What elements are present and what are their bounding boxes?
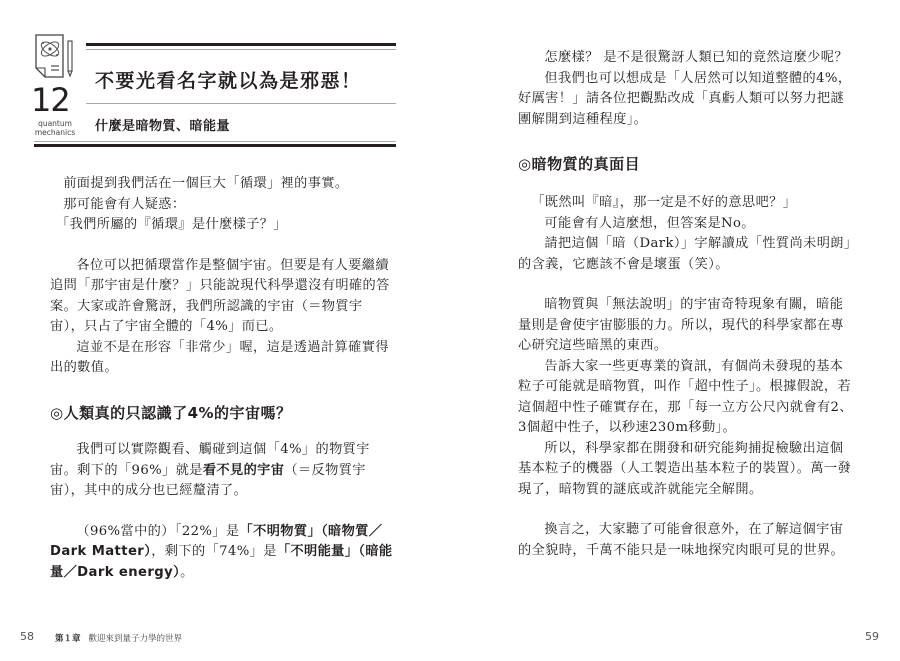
section1-text: 我們可以實際觀看、觸碰到這個「4%」的物質宇宙。剩下的「96%」就是看不見的宇宙…	[50, 440, 395, 583]
section-heading-4-percent: ◎人類真的只認識了4%的宇宙嗎？	[50, 402, 292, 423]
page-number-left: 58	[20, 630, 34, 643]
right-intro-text: 怎麼樣？ 是不是很驚訝人類已知的竟然這麼少呢？ 但我們也可以想成是「人居然可以知…	[518, 48, 853, 130]
section2-text: 「既然叫『暗』，那一定是不好的意思吧？」 可能會有人這麼想，但答案是No。 請把…	[518, 193, 853, 561]
chapter-tagline: quantum mechanics	[30, 119, 80, 137]
section-heading-dark-matter: ◎暗物質的真面目	[518, 153, 640, 174]
title-rule-top	[86, 43, 396, 46]
page-title: 不要光看名字就以為是邪惡！	[95, 66, 362, 93]
intro-text: 前面提到我們活在一個巨大「循環」裡的事實。 那可能會有人疑惑： 「我們所屬的『循…	[50, 174, 395, 379]
atom-notebook-pencil-icon	[33, 33, 77, 85]
running-footer: 第１章歡迎來到量子力學的世界	[55, 632, 182, 644]
header-rule-bottom-thin	[34, 141, 396, 142]
chapter-number: 12	[31, 84, 70, 116]
page-subtitle: 什麼是暗物質、暗能量	[95, 115, 230, 134]
title-rule-middle	[86, 103, 396, 104]
left-page: 12 quantum mechanics 不要光看名字就以為是邪惡！ 什麼是暗物…	[0, 0, 450, 661]
paragraph: 我們可以實際觀看、觸碰到這個「4%」的物質宇宙。剩下的「96%」就是看不見的宇宙…	[50, 440, 395, 502]
title-rule-top-thin	[86, 49, 396, 50]
paragraph: （96%當中的）「22%」是「不明物質」（暗物質／Dark Matter），剩下…	[50, 522, 395, 584]
right-page: 怎麼樣？ 是不是很驚訝人類已知的竟然這麼少呢？ 但我們也可以想成是「人居然可以知…	[450, 0, 900, 661]
header-rule-bottom	[34, 144, 396, 147]
page-number-right: 59	[865, 630, 879, 643]
